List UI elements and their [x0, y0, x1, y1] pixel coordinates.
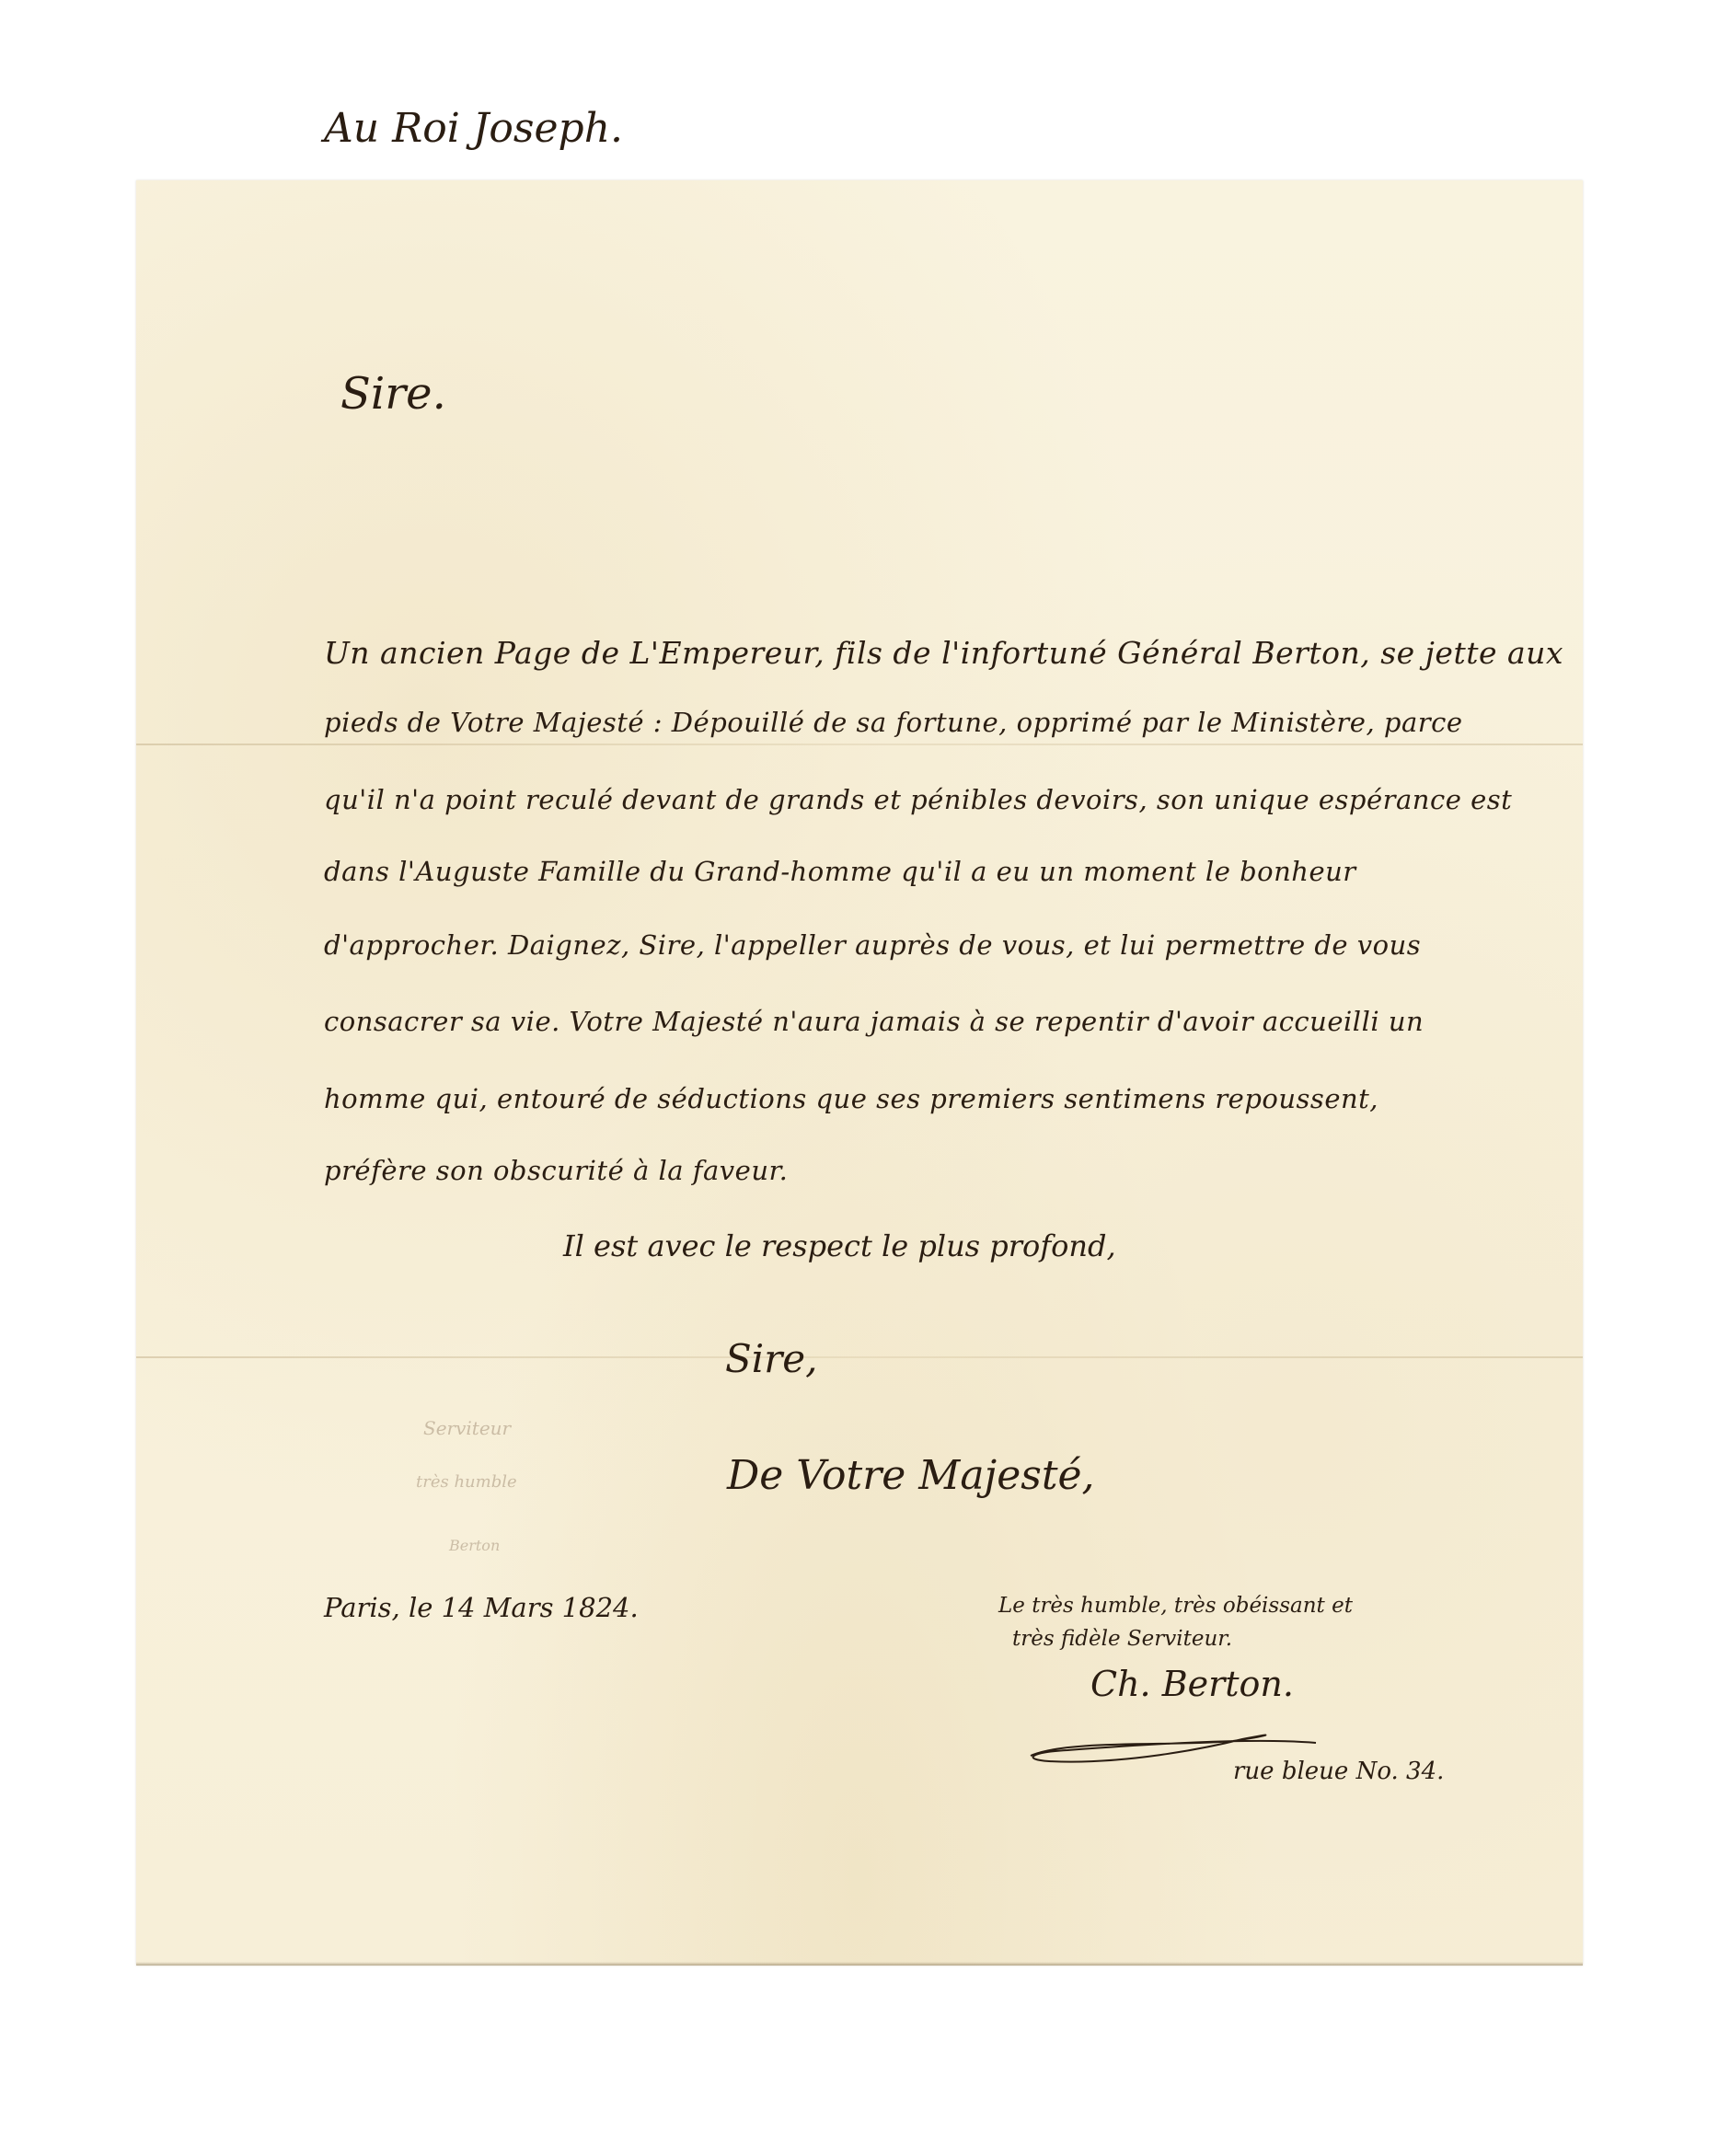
subscription-line: très fidèle Serviteur. — [1012, 1627, 1232, 1651]
closing-sire: Sire, — [725, 1336, 818, 1381]
body-line: pieds de Votre Majesté : Dépouillé de sa… — [324, 707, 1463, 738]
bleed-through-text: Berton — [449, 1537, 500, 1554]
subscription-line: Le très humble, très obéissant et — [998, 1594, 1353, 1618]
letter-paper — [136, 180, 1583, 1966]
body-line: Un ancien Page de L'Empereur, fils de l'… — [324, 635, 1563, 671]
torn-bottom-edge — [136, 1962, 1583, 1966]
fold-line — [136, 1356, 1583, 1358]
body-line: d'approcher. Daignez, Sire, l'appeller a… — [324, 929, 1421, 961]
body-line: consacrer sa vie. Votre Majesté n'aura j… — [324, 1006, 1424, 1037]
addressee: Au Roi Joseph. — [324, 105, 623, 152]
body-line: préfère son obscurité à la faveur. — [324, 1155, 788, 1186]
closing-majesty: De Votre Majesté, — [727, 1452, 1095, 1499]
body-line: dans l'Auguste Famille du Grand-homme qu… — [324, 856, 1356, 887]
fold-line — [136, 744, 1583, 745]
bleed-through-text: très humble — [416, 1472, 517, 1492]
sender-address: rue bleue No. 34. — [1233, 1758, 1444, 1785]
salutation: Sire. — [340, 368, 446, 420]
signature: Ch. Berton. — [1090, 1664, 1294, 1704]
bleed-through-text: Serviteur — [423, 1417, 511, 1439]
place-and-date: Paris, le 14 Mars 1824. — [324, 1592, 639, 1623]
closing-formula: Il est avec le respect le plus profond, — [563, 1228, 1116, 1263]
body-line: qu'il n'a point reculé devant de grands … — [324, 784, 1512, 815]
body-line: homme qui, entouré de séductions que ses… — [324, 1083, 1378, 1114]
